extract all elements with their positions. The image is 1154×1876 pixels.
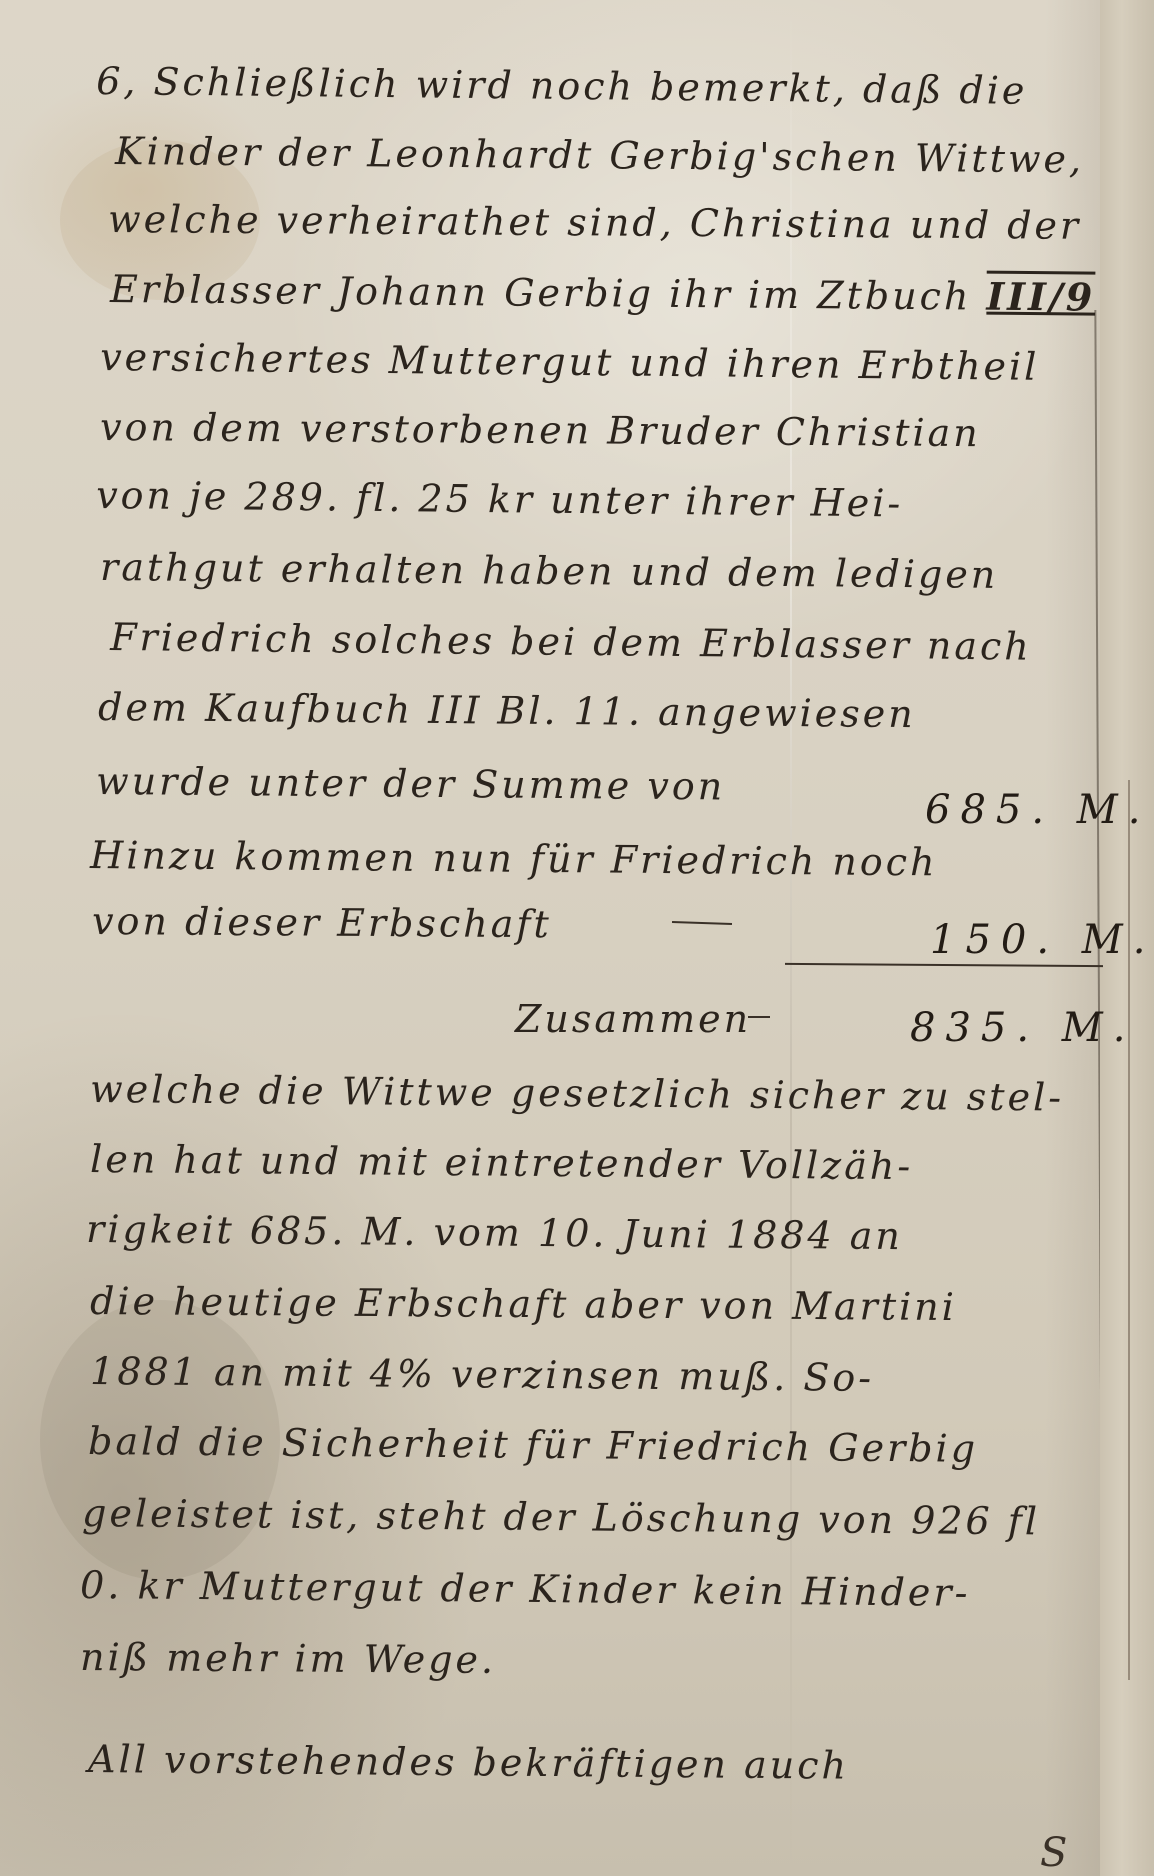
text-line-5: versichertes Muttergut und ihren Erbthei… <box>100 338 1040 386</box>
document-photo: 6, Schließlich wird noch bemerkt, daß di… <box>0 0 1154 1876</box>
amount-sum-base: 685. M. <box>925 790 1150 830</box>
total-dash <box>748 1016 770 1018</box>
text-line-13: von dieser Erbschaft <box>92 902 552 943</box>
text-line-4-body: Erblasser Johann Gerbig ihr im Ztbuch <box>110 267 972 319</box>
buch-reference: III/9 <box>986 274 1095 320</box>
text-line-4: Erblasser Johann Gerbig ihr im Ztbuch II… <box>110 270 1095 317</box>
text-line-23: niß mehr im Wege. <box>80 1638 496 1679</box>
text-line-15: welche die Wittwe gesetzlich sicher zu s… <box>90 1070 1064 1116</box>
text-line-21: geleistet ist, steht der Löschung von 92… <box>82 1494 1040 1540</box>
text-line-9: Friedrich solches bei dem Erblasser nach <box>110 618 1032 666</box>
total-label: Zusammen <box>515 1000 751 1038</box>
text-line-12: Hinzu kommen nun für Friedrich noch <box>90 836 938 881</box>
text-line-3: welche verheirathet sind, Christina und … <box>108 200 1081 245</box>
amount-total: 835. M. <box>910 1008 1135 1048</box>
text-line-19: 1881 an mit 4% verzinsen muß. So- <box>90 1352 874 1397</box>
text-line-2: Kinder der Leonhardt Gerbig'schen Wittwe… <box>115 132 1084 178</box>
text-line-6: von dem verstorbenen Bruder Christian <box>100 408 981 452</box>
text-line-16: len hat und mit eintretender Vollzäh- <box>90 1140 913 1185</box>
text-line-1: 6, Schließlich wird noch bemerkt, daß di… <box>96 62 1028 110</box>
amount-addition: 150. M. <box>930 920 1154 960</box>
text-line-18: die heutige Erbschaft aber von Martini <box>90 1282 957 1326</box>
text-line-20: bald die Sicherheit für Friedrich Gerbig <box>88 1422 978 1468</box>
footer-mark: S <box>1040 1830 1067 1876</box>
text-line-22: 0. kr Muttergut der Kinder kein Hinder- <box>80 1566 971 1612</box>
text-line-7: von je 289. fl. 25 kr unter ihrer Hei- <box>96 476 903 522</box>
text-line-11: wurde unter der Summe von <box>96 762 725 805</box>
text-line-24: All vorstehendes bekräftigen auch <box>88 1740 849 1785</box>
text-line-10: dem Kaufbuch III Bl. 11. angewiesen <box>98 688 916 733</box>
text-line-8: rathgut erhalten haben und dem ledigen <box>100 548 998 594</box>
text-line-17: rigkeit 685. M. vom 10. Juni 1884 an <box>86 1210 903 1255</box>
outer-page-edge <box>1128 780 1130 1680</box>
